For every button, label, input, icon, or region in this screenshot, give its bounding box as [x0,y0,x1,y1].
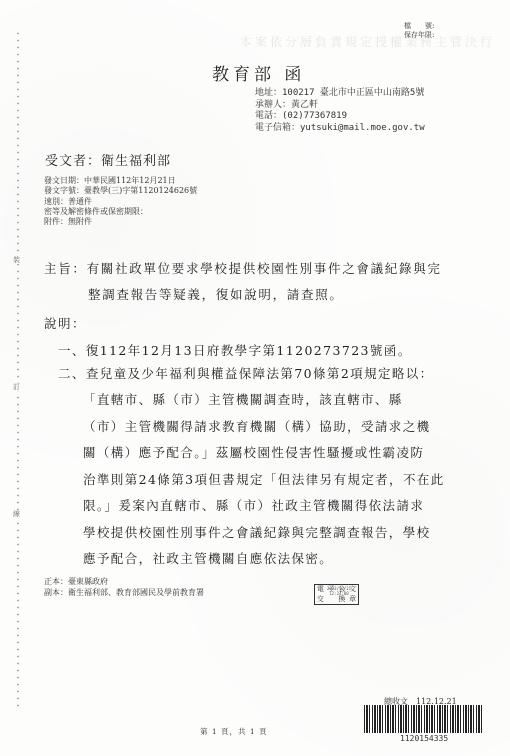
body-line: 治準則第24條第3項但書規定「但法律另有規定者，不在此 [83,467,503,494]
body-line: 「直轄市、縣（市）主管機關調查時，該直轄市、縣 [83,387,503,414]
body-line: 學校提供校園性別事件之會議紀錄與完整調查報告，學校 [83,520,503,547]
description-item-2: 二、查兒童及少年福利與權益保障法第70條第2項規定略以： [58,364,498,382]
delivery-speed: 速別：普通件 [44,197,197,207]
description-item-1: 一、復112年12月13日府教學字第1120273723號函。 [58,341,412,359]
document-number: 發文字號：臺教學(三)字第1120124626號 [44,186,197,196]
body-line: 關（構）應予配合。」茲屬校園性侵害性騷擾或性霸凌防 [83,440,503,467]
recipient: 受文者：衛生福利部 [45,150,171,169]
barcode [364,705,482,733]
item-text: 復112年12月13日府教學字第1120273723號函。 [86,343,412,358]
issue-date: 發文日期：中華民國112年12月21日 [44,176,197,186]
document-meta: 發文日期：中華民國112年12月21日 發文字號：臺教學(三)字第1120124… [44,176,197,227]
binding-mark-zhuang: 裝 [13,256,20,264]
archive-info: 檔 號: 保存年限: [404,22,442,40]
handler: 承辦人：黃乙軒 [255,100,425,112]
subject-line-1: 有關社政單位要求學校提供校園性別事件之會議紀錄與完 [87,261,442,276]
item-marker: 一、 [58,343,86,358]
item-marker: 二、 [58,366,86,381]
page-indicator: 第 1 頁，共 1 頁 [200,726,268,737]
file-number-label: 檔 號: [404,22,442,31]
cc-recipients: 副本：衛生福利部、教育部國民及學前教育署 [44,587,204,598]
electronic-exchange-stamp: 電 子 公 文 交 換 章 2023/12/21 12:24:00 [314,584,359,605]
description-item-2-body: 「直轄市、縣（市）主管機關調查時，該直轄市、縣 （市）主管機關得請求教育機關（構… [83,387,503,573]
email: 電子信箱：yutsuki@mail.moe.gov.tw [255,123,425,135]
confidentiality: 密等及解密條件或保密期限： [44,207,197,217]
item-text: 查兒童及少年福利與權益保障法第70條第2項規定略以： [86,366,434,381]
distribution-block: 正本：臺東縣政府 副本：衛生福利部、教育部國民及學前教育署 [44,576,204,598]
bleed-through-header: 本案依分層負責規定授權業務主管決行 [240,33,495,50]
binding-mark-xian: 線 [13,510,20,518]
contact-block: 地址：100217 臺北市中正區中山南路5號 承辦人：黃乙軒 電話：(02)77… [255,88,425,134]
body-line: 應予配合，社政主管機關自應依法保密。 [83,546,503,573]
original-recipient: 正本：臺東縣政府 [44,576,204,587]
attachment: 附件：無附件 [44,217,197,227]
retention-period-label: 保存年限: [404,31,442,40]
binding-dotted-line [17,30,19,710]
description-label: 說明： [44,314,86,332]
barcode-number: 1120154335 [400,734,448,743]
subject-section: 主旨：有關社政單位要求學校提供校園性別事件之會議紀錄與完 整調查報告等疑義，復如… [44,256,484,308]
stamp-date: 2023/12/21 12:24:00 [320,586,358,596]
subject-line-2: 整調查報告等疑義，復如說明，請查照。 [44,282,484,308]
body-line: （市）主管機關得請求教育機關（構）協助，受請求之機 [83,414,503,441]
body-line: 限。」爰案內直轄市、縣（市）社政主管機關得依法請求 [83,493,503,520]
address: 地址：100217 臺北市中正區中山南路5號 [255,88,425,100]
document-title: 教育部 函 [212,60,305,85]
phone: 電話：(02)77367819 [255,111,425,123]
document-page: 裝 訂 線 本案依分層負責規定授權業務主管決行 檔 號: 保存年限: 教育部 函… [0,0,510,756]
binding-mark-ding: 訂 [13,383,20,391]
subject-label: 主旨： [44,261,87,276]
